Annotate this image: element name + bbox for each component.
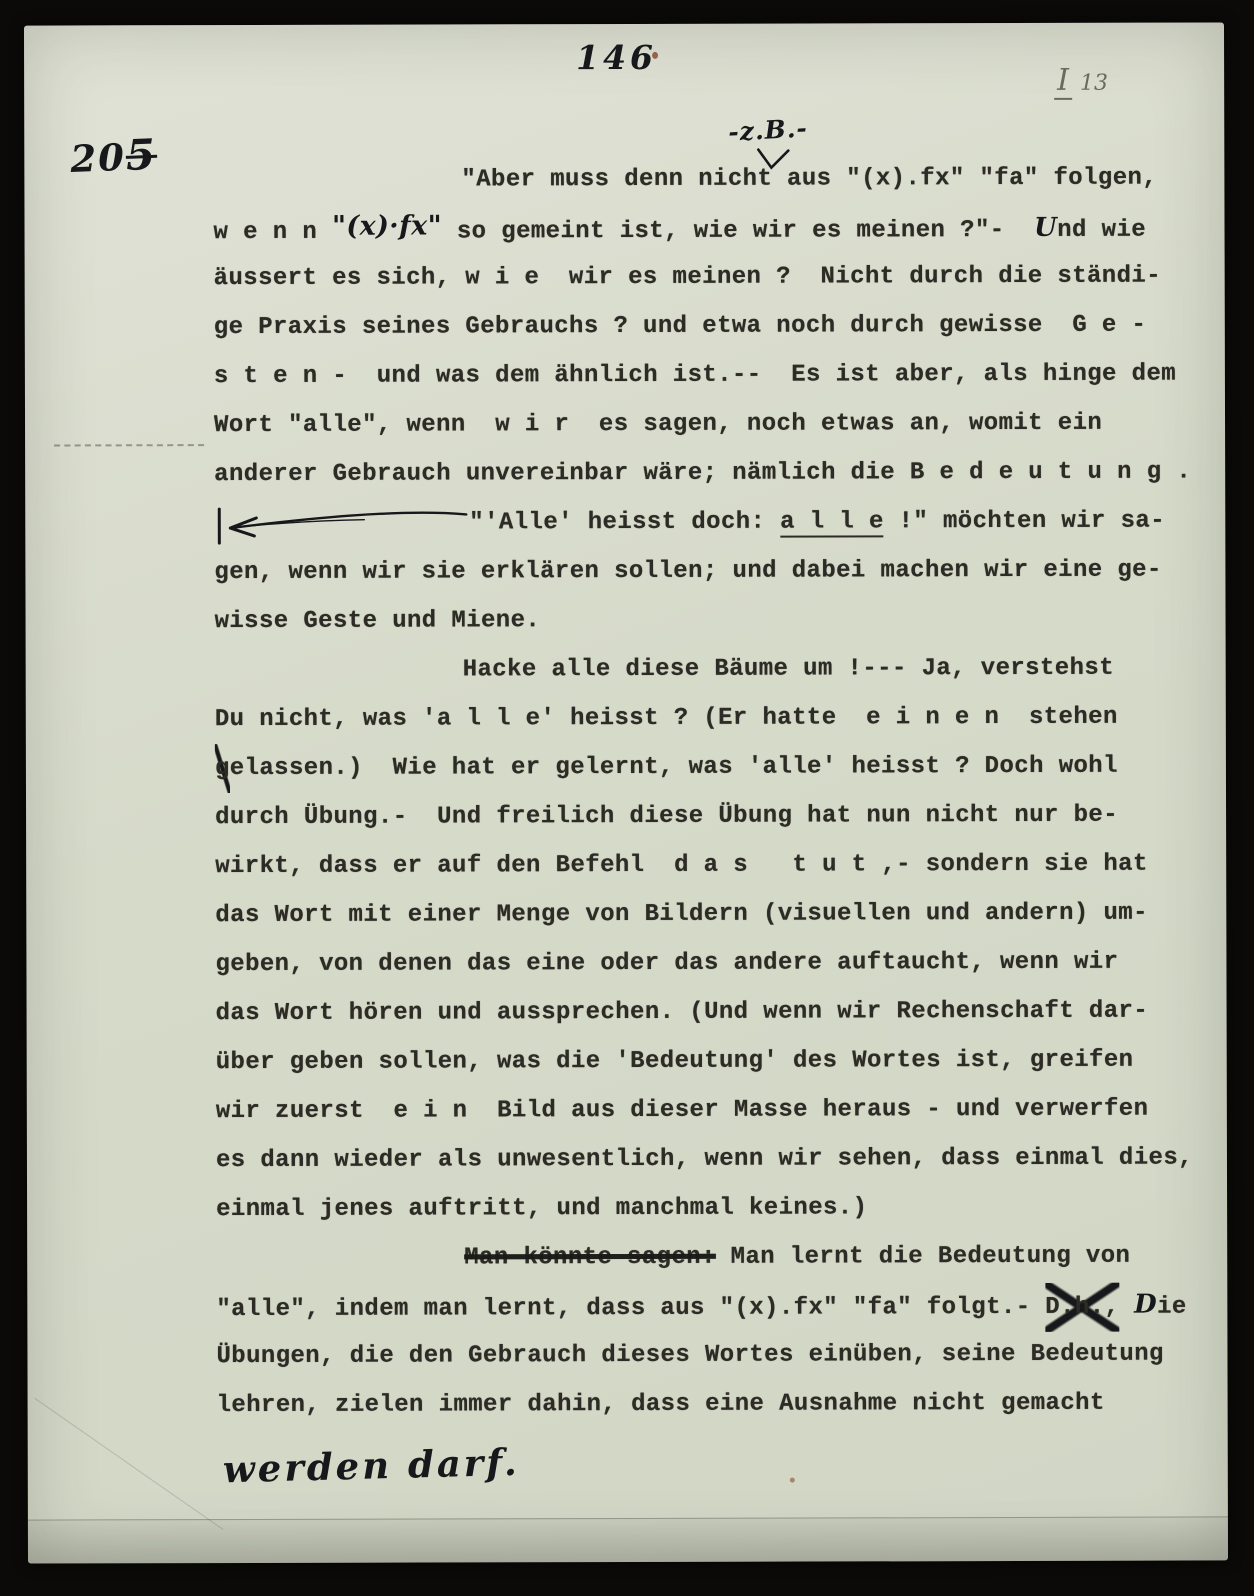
insertion-note-zb: -z.B.- [728,113,809,146]
text-run: Man lernt die Bedeutung von [716,1232,1131,1282]
text-run: !" möchten wir sa- [884,497,1165,547]
text-run: ge Praxis seines Gebrauchs ? und etwa no… [214,301,1147,352]
text-line: das Wort mit einer Menge von Bildern (vi… [215,888,1215,940]
text-line: über geben sollen, was die 'Bedeutung' d… [216,1035,1216,1087]
text-run: durch Übung.- Und freilich diese Übung h… [215,791,1118,842]
text-line: gelassen.) Wie hat er gelernt, was 'alle… [215,741,1215,793]
text-run: das Wort hören und aussprechen. (Und wen… [216,987,1149,1038]
text-run: Hacke alle diese Bäume um !--- Ja, verst… [463,644,1114,695]
text-run: so gemeint ist, wie wir es meinen ?"- [442,206,1034,257]
text-run [1119,1283,1134,1332]
text-run: D.h., [1045,1283,1119,1332]
text-line: einmal jenes auftritt, und manchmal kein… [216,1182,1216,1234]
text-line: wisse Geste und Miene. [214,594,1214,646]
text-run: äussert es sich, w i e wir es meinen ? N… [214,252,1161,303]
text-line: anderer Gebrauch unvereinbar wäre; nämli… [214,447,1214,499]
text-line: wirkt, dass er auf den Befehl d a s t u … [215,839,1215,891]
text-line: Hacke alle diese Bäume um !--- Ja, verst… [215,643,1215,695]
text-run: gen, wenn wir sie erklären sollen; und d… [214,546,1161,597]
text-run: das Wort mit einer Menge von Bildern (vi… [215,889,1148,940]
text-run: "'Alle' heisst doch: [469,498,780,548]
paper-corner-crease [34,1398,223,1530]
text-run: a l l e [780,510,884,537]
folio-annotation: I13 [1054,63,1108,98]
text-run: "alle", indem man lernt, dass aus "(x).f… [216,1283,1045,1334]
text-run: werden darf. [222,1438,520,1494]
text-run: einmal jenes auftritt, und manchmal kein… [216,1183,867,1234]
text-run: nd wie [1057,206,1146,255]
text-run: wirkt, dass er auf den Befehl d a s t u … [215,840,1148,891]
manuscript-page: 146 I13 205 -z.B.- "Aber muss denn nicht… [24,22,1228,1563]
margin-number: 205 [69,130,158,182]
text-run: es dann wieder als unwesentlich, wenn wi… [216,1134,1193,1186]
text-line: "Aber muss denn nicht aus "(x).fx" "fa" … [213,153,1213,205]
text-run: elassen.) Wie hat er gelernt, was 'alle'… [230,742,1118,793]
paper-bottom-fold [28,1516,1228,1563]
page-number-handwritten: 146 [576,38,657,77]
text-run: U [1034,204,1057,253]
paper-speck [652,52,658,59]
text-line: das Wort hören und aussprechen. (Und wen… [216,986,1216,1038]
photograph-background: 146 I13 205 -z.B.- "Aber muss denn nicht… [0,0,1254,1596]
text-run: Wort "alle", wenn w i r es sagen, noch e… [214,399,1102,450]
typescript-lines: "Aber muss denn nicht aus "(x).fx" "fa" … [213,153,1216,1483]
text-line: es dann wieder als unwesentlich, wenn wi… [216,1133,1216,1185]
text-line: "alle", indem man lernt, dass aus "(x).f… [216,1280,1216,1332]
text-run: ie [1157,1283,1187,1332]
text-run: wisse Geste und Miene. [214,596,540,646]
text-line: geben, von denen das eine oder das ander… [215,937,1215,989]
text-run: "Aber muss denn nicht aus "(x).fx" "fa" … [461,154,1157,205]
text-run: Man könnte sagen: [464,1233,716,1283]
text-line: s t e n - und was dem ähnlich ist.-- Es … [214,349,1214,401]
text-run: anderer Gebrauch unvereinbar wäre; nämli… [214,448,1191,500]
folio-number: 13 [1080,71,1108,96]
text-line: w e n n "(x)·fx" so gemeint ist, wie wir… [213,202,1213,254]
paper-speck [790,1478,795,1483]
text-run: geben, von denen das eine oder das ander… [215,938,1118,989]
text-line: gen, wenn wir sie erklären sollen; und d… [214,545,1214,597]
text-line: äussert es sich, w i e wir es meinen ? N… [214,251,1214,303]
text-run: wir zuerst e i n Bild aus dieser Masse h… [216,1085,1149,1136]
text-line: lehren, zielen immer dahin, dass eine Au… [217,1378,1217,1430]
text-line: wir zuerst e i n Bild aus dieser Masse h… [216,1084,1216,1136]
margin-number-struck-digit: 5 [125,130,158,180]
text-line: Übungen, die den Gebrauch dieses Wortes … [216,1329,1216,1381]
text-run: lehren, zielen immer dahin, dass eine Au… [217,1379,1105,1430]
text-run: "(x)·fx" [332,201,442,250]
text-run: über geben sollen, was die 'Bedeutung' d… [216,1036,1134,1087]
margin-number-digits: 20 [70,135,127,181]
text-run: g [215,744,230,793]
paper-crease-marks [54,444,204,446]
text-run: Übungen, die den Gebrauch dieses Wortes … [216,1330,1163,1381]
text-line: ge Praxis seines Gebrauchs ? und etwa no… [214,300,1214,352]
text-run: w e n n [213,208,332,257]
text-line: Man könnte sagen: Man lernt die Bedeutun… [216,1231,1216,1283]
folio-roman-numeral: I [1054,63,1072,100]
text-run: Du nicht, was 'a l l e' heisst ? (Er hat… [215,693,1118,744]
text-line: Du nicht, was 'a l l e' heisst ? (Er hat… [215,692,1215,744]
text-line: durch Übung.- Und freilich diese Übung h… [215,790,1215,842]
text-line: werden darf. [222,1420,1217,1494]
text-line: Wort "alle", wenn w i r es sagen, noch e… [214,398,1214,450]
text-line: "'Alle' heisst doch: a l l e !" möchten … [214,496,1214,548]
text-run: s t e n - und was dem ähnlich ist.-- Es … [214,350,1176,402]
text-run: D [1134,1281,1157,1330]
